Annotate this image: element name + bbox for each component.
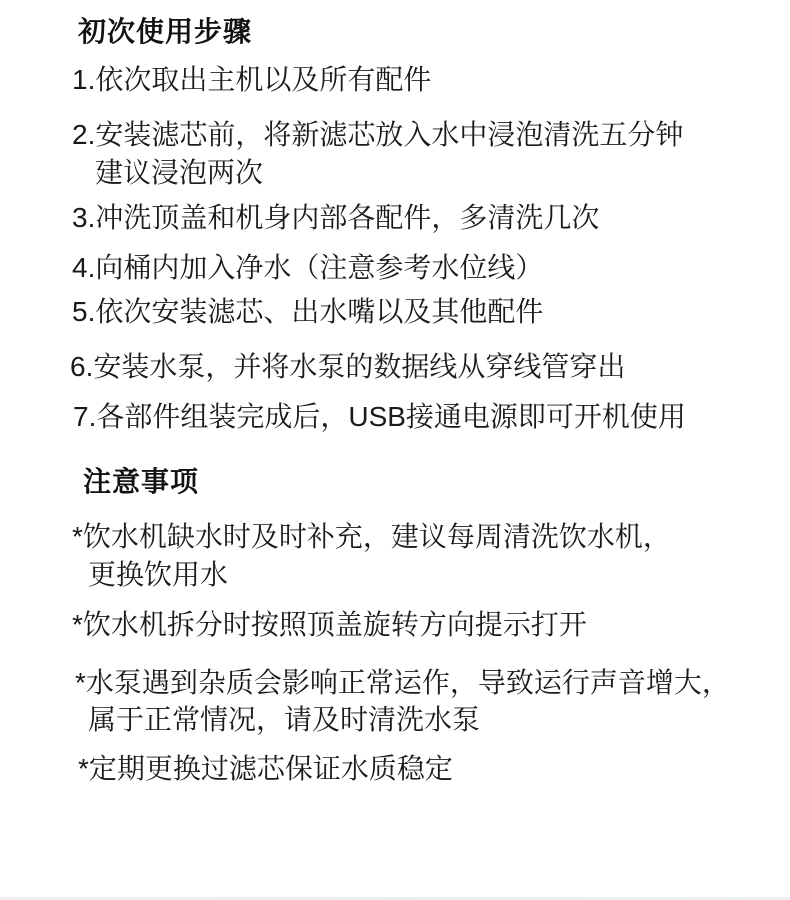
instruction-page: 初次使用步骤 1.依次取出主机以及所有配件 2.安装滤芯前，将新滤芯放入水中浸泡… [0,0,790,900]
step-3: 3.冲洗顶盖和机身内部各配件，多清洗几次 [72,203,599,234]
section-title-precautions: 注意事项 [83,467,199,498]
note-2: *饮水机拆分时按照顶盖旋转方向提示打开 [72,610,587,641]
step-2-line-2: 建议浸泡两次 [95,158,263,189]
step-2-line-1: 2.安装滤芯前，将新滤芯放入水中浸泡清洗五分钟 [72,120,683,151]
step-5: 5.依次安装滤芯、出水嘴以及其他配件 [72,297,543,328]
step-7: 7.各部件组装完成后，USB接通电源即可开机使用 [73,402,686,433]
note-1-line-1: *饮水机缺水时及时补充，建议每周清洗饮水机， [72,522,671,553]
note-4: *定期更换过滤芯保证水质稳定 [78,754,453,785]
note-3-line-1: *水泵遇到杂质会影响正常运作，导致运行声音增大， [75,668,730,699]
step-6: 6.安装水泵，并将水泵的数据线从穿线管穿出 [70,352,625,383]
note-1-line-2: 更换饮用水 [88,560,228,591]
note-3-line-2: 属于正常情况，请及时清洗水泵 [88,705,480,736]
section-title-first-use-steps: 初次使用步骤 [78,17,252,48]
step-1: 1.依次取出主机以及所有配件 [72,65,431,96]
step-4: 4.向桶内加入净水（注意参考水位线） [72,253,543,284]
